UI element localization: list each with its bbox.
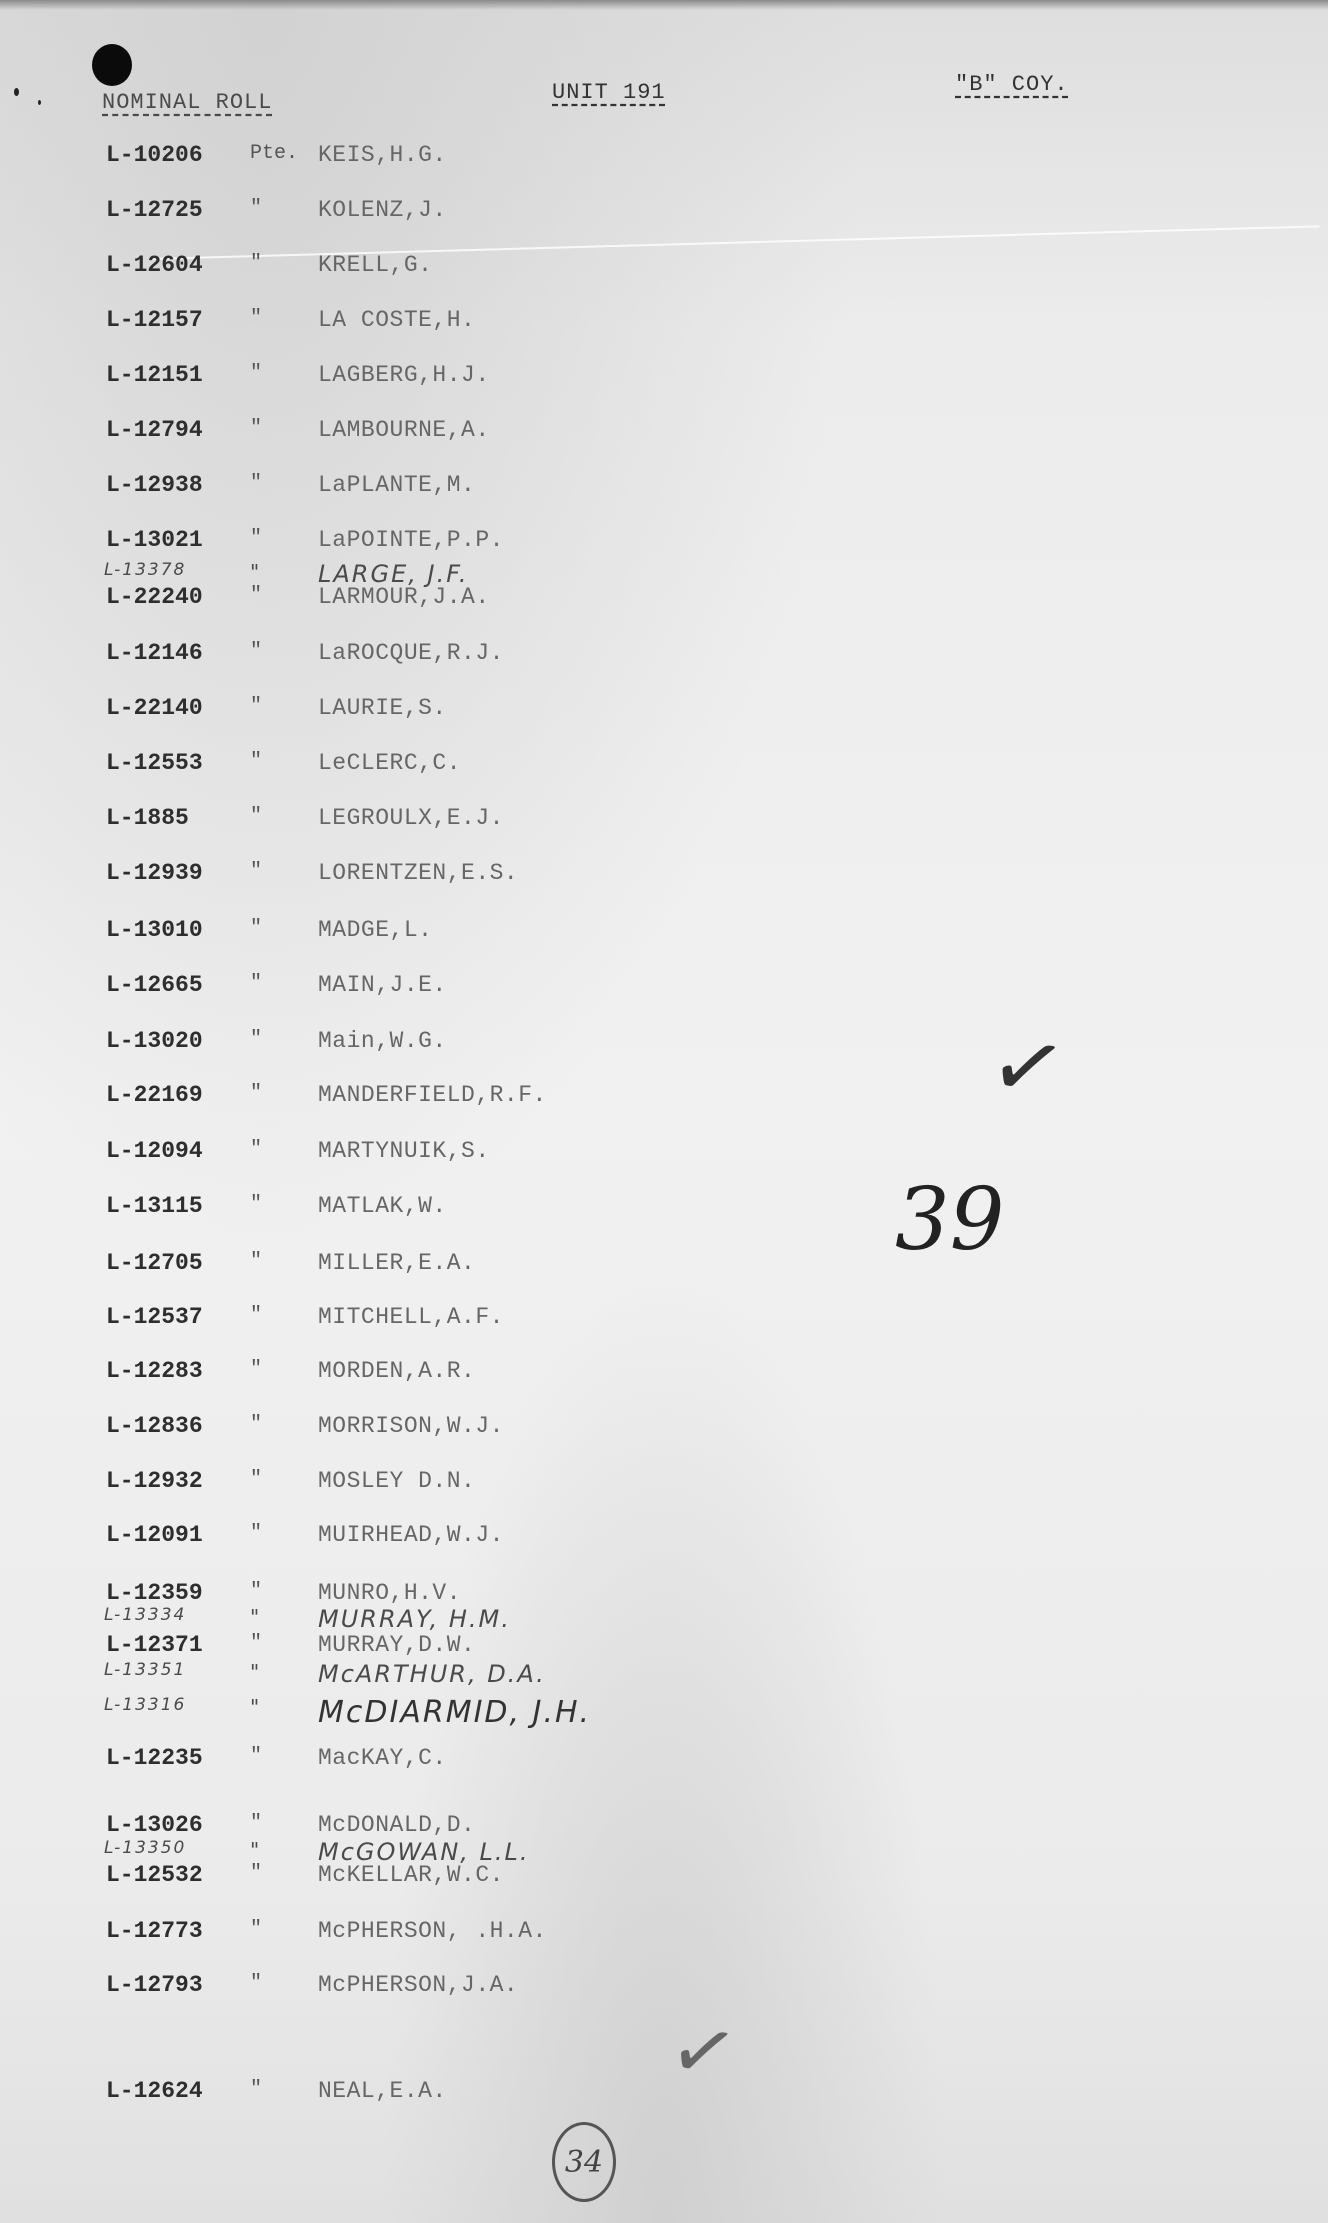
scan-edge-shadow	[0, 0, 1328, 10]
service-number: L-13351	[104, 1660, 186, 1680]
rank-ditto: "	[250, 1580, 262, 1603]
soldier-name: McDONALD,D.	[318, 1812, 475, 1838]
service-number: L-13334	[104, 1605, 186, 1625]
rank-ditto: "	[250, 1193, 262, 1216]
soldier-name: LaROCQUE,R.J.	[318, 640, 504, 666]
service-number: L-22140	[106, 695, 203, 721]
rank-ditto: "	[250, 472, 262, 495]
rank-ditto: "	[250, 1605, 261, 1629]
service-number: L-1885	[106, 805, 189, 831]
scanned-page: NOMINAL ROLL UNIT 191 "B" COY. L-10206Pt…	[0, 0, 1328, 2223]
service-number: L-10206	[106, 142, 203, 168]
soldier-name: MORDEN,A.R.	[318, 1358, 475, 1384]
rank-ditto: Pte.	[250, 142, 298, 165]
soldier-name: MUIRHEAD,W.J.	[318, 1522, 504, 1548]
company-label: "B" COY.	[955, 72, 1069, 97]
service-number: L-22240	[106, 584, 203, 610]
rank-ditto: "	[250, 1812, 262, 1835]
service-number: L-12157	[106, 307, 203, 333]
soldier-name: Main,W.G.	[318, 1028, 447, 1054]
rank-ditto: "	[250, 1138, 262, 1161]
soldier-name: KEIS,H.G.	[318, 142, 447, 168]
soldier-name: MacKAY,C.	[318, 1745, 447, 1771]
rank-ditto: "	[250, 1862, 262, 1885]
circled-page-number: 34	[552, 2122, 616, 2202]
soldier-name: MARTYNUIK,S.	[318, 1138, 490, 1164]
rank-ditto: "	[250, 1918, 262, 1941]
rank-ditto: "	[250, 1838, 261, 1862]
service-number: L-13010	[106, 917, 203, 943]
rank-ditto: "	[250, 1413, 262, 1436]
soldier-name: MORRISON,W.J.	[318, 1413, 504, 1439]
soldier-name: McPHERSON,J.A.	[318, 1972, 518, 1998]
rank-ditto: "	[250, 1304, 262, 1327]
rank-ditto: "	[250, 640, 262, 663]
checkmark-annotation-lower: ✓	[661, 1999, 746, 2104]
document-title: NOMINAL ROLL	[102, 90, 272, 115]
rank-ditto: "	[250, 972, 262, 995]
service-number: L-12725	[106, 197, 203, 223]
service-number: L-12537	[106, 1304, 203, 1330]
soldier-name: LARMOUR,J.A.	[318, 584, 490, 610]
service-number: L-13316	[104, 1695, 186, 1715]
service-number: L-12665	[106, 972, 203, 998]
rank-ditto: "	[250, 527, 262, 550]
soldier-name: LAURIE,S.	[318, 695, 447, 721]
service-number: L-12532	[106, 1862, 203, 1888]
service-number: L-12793	[106, 1972, 203, 1998]
rank-ditto: "	[250, 805, 262, 828]
rank-ditto: "	[250, 1358, 262, 1381]
soldier-name: MUNRO,H.V.	[318, 1580, 461, 1606]
rank-ditto: "	[250, 695, 262, 718]
rank-ditto: "	[250, 1082, 262, 1105]
rank-ditto: "	[250, 252, 262, 275]
soldier-name: MAIN,J.E.	[318, 972, 447, 998]
soldier-name: LaPOINTE,P.P.	[318, 527, 504, 553]
service-number: L-12624	[106, 2078, 203, 2104]
service-number: L-12235	[106, 1745, 203, 1771]
ink-speck	[38, 100, 41, 105]
punch-hole-mark	[92, 44, 132, 86]
soldier-name: MITCHELL,A.F.	[318, 1304, 504, 1330]
service-number: L-12836	[106, 1413, 203, 1439]
handwritten-tally: 39	[895, 1170, 1004, 1270]
service-number: L-12604	[106, 252, 203, 278]
service-number: L-12094	[106, 1138, 203, 1164]
rank-ditto: "	[250, 417, 262, 440]
soldier-name: MOSLEY D.N.	[318, 1468, 475, 1494]
service-number: L-12151	[106, 362, 203, 388]
rank-ditto: "	[250, 1250, 262, 1273]
soldier-name: McKELLAR,W.C.	[318, 1862, 504, 1888]
rank-ditto: "	[250, 362, 262, 385]
service-number: L-13020	[106, 1028, 203, 1054]
soldier-name: LA COSTE,H.	[318, 307, 475, 333]
checkmark-annotation: ✓	[980, 1008, 1076, 1126]
rank-ditto: "	[250, 1028, 262, 1051]
ink-speck	[14, 88, 19, 96]
page-number: 34	[565, 2145, 603, 2180]
rank-ditto: "	[250, 1695, 261, 1719]
service-number: L-12146	[106, 640, 203, 666]
soldier-name: MADGE,L.	[318, 917, 432, 943]
service-number: L-13350	[104, 1838, 186, 1858]
soldier-name: McPHERSON, .H.A.	[318, 1918, 547, 1944]
soldier-name: KRELL,G.	[318, 252, 432, 278]
soldier-name: MANDERFIELD,R.F.	[318, 1082, 547, 1108]
service-number: L-12932	[106, 1468, 203, 1494]
service-number: L-22169	[106, 1082, 203, 1108]
soldier-name: McARTHUR, D.A.	[318, 1660, 546, 1688]
soldier-name: LEGROULX,E.J.	[318, 805, 504, 831]
soldier-name: McDIARMID, J.H.	[318, 1695, 591, 1730]
service-number: L-13115	[106, 1193, 203, 1219]
service-number: L-12939	[106, 860, 203, 886]
rank-ditto: "	[250, 1468, 262, 1491]
soldier-name: MILLER,E.A.	[318, 1250, 475, 1276]
service-number: L-12794	[106, 417, 203, 443]
rank-ditto: "	[250, 860, 262, 883]
service-number: L-13026	[106, 1812, 203, 1838]
service-number: L-12283	[106, 1358, 203, 1384]
service-number: L-12091	[106, 1522, 203, 1548]
soldier-name: NEAL,E.A.	[318, 2078, 447, 2104]
service-number: L-12371	[106, 1632, 203, 1658]
rank-ditto: "	[250, 1745, 262, 1768]
service-number: L-12773	[106, 1918, 203, 1944]
rank-ditto: "	[250, 1660, 261, 1684]
rank-ditto: "	[250, 584, 262, 607]
rank-ditto: "	[250, 917, 262, 940]
service-number: L-13021	[106, 527, 203, 553]
service-number: L-13378	[104, 560, 186, 580]
soldier-name: LAGBERG,H.J.	[318, 362, 490, 388]
rank-ditto: "	[250, 307, 262, 330]
soldier-name: MATLAK,W.	[318, 1193, 447, 1219]
soldier-name: LeCLERC,C.	[318, 750, 461, 776]
soldier-name: LaPLANTE,M.	[318, 472, 475, 498]
soldier-name: LAMBOURNE,A.	[318, 417, 490, 443]
rank-ditto: "	[250, 750, 262, 773]
soldier-name: MURRAY,D.W.	[318, 1632, 475, 1658]
rank-ditto: "	[250, 1522, 262, 1545]
service-number: L-12938	[106, 472, 203, 498]
rank-ditto: "	[250, 2078, 262, 2101]
soldier-name: MURRAY, H.M.	[318, 1605, 511, 1633]
soldier-name: LORENTZEN,E.S.	[318, 860, 518, 886]
rank-ditto: "	[250, 197, 262, 220]
soldier-name: KOLENZ,J.	[318, 197, 447, 223]
unit-label: UNIT 191	[552, 80, 666, 105]
service-number: L-12359	[106, 1580, 203, 1606]
rank-ditto: "	[250, 1972, 262, 1995]
rank-ditto: "	[250, 560, 261, 584]
service-number: L-12705	[106, 1250, 203, 1276]
service-number: L-12553	[106, 750, 203, 776]
rank-ditto: "	[250, 1632, 262, 1655]
